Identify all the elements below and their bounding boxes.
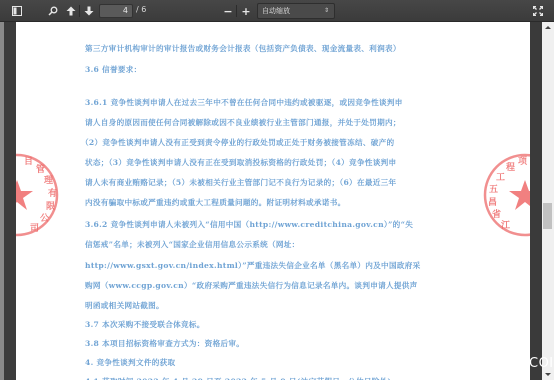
pdf-page: 目 管 理 有 限 公 司 项 程 工 五 昌 省 江 <box>16 22 530 380</box>
scrollbar-thumb[interactable] <box>543 203 552 229</box>
arrow-down-icon <box>84 6 94 16</box>
zoom-out-button[interactable]: − <box>222 3 234 19</box>
doc-line: 购网（www.ccgp.gov.cn）“政府采购严重违法失信行为信息记录名单内。… <box>85 280 418 291</box>
doc-line: 3.6.2 竞争性谈判申请人未被列入“信用中国（http://www.credi… <box>85 219 413 230</box>
svg-text:项: 项 <box>518 155 528 167</box>
svg-text:目: 目 <box>24 155 33 167</box>
svg-text:限: 限 <box>46 200 55 212</box>
fullscreen-icon <box>533 6 543 16</box>
doc-line: 4.1 获取时间 2022 年 4 月 29 日至 2022 年 5 月 9 日… <box>85 376 391 380</box>
doc-line: （2）竞争性谈判申请人没有正受到责令停业的行政处罚或正处于财务被接管冻结、破产的 <box>81 137 394 148</box>
sidebar-toggle-icon <box>12 6 22 16</box>
right-seal-stamp-icon: 项 程 工 五 昌 省 江 <box>480 150 530 240</box>
doc-line: 4. 竞争性谈判文件的获取 <box>85 357 175 368</box>
scroll-up-arrow-icon[interactable] <box>545 26 551 29</box>
doc-line: 第三方审计机构审计的审计报告或财务会计报表（包括资产负债表、现金流量表、利润表） <box>85 43 401 54</box>
doc-line: 内没有骗取中标或严重违约或重大工程质量问题的。附证明材料或承诺书。 <box>85 197 346 208</box>
doc-line: 3.6.1 竞争性谈判申请人在过去三年中不曾在任何合同中违约或被驱逐，或因竞争性… <box>85 97 403 108</box>
previous-page-button[interactable] <box>64 3 78 19</box>
toolbar-separator <box>236 5 237 17</box>
doc-line: 信惩戒”名单；未被列入“国家企业信用信息公示系统（网址： <box>85 239 300 250</box>
search-button[interactable] <box>46 3 60 19</box>
left-seal-stamp-icon: 目 管 理 有 限 公 司 <box>16 150 62 240</box>
doc-line: http://www.gsxt.gov.cn/index.html）”严重违法失… <box>85 260 421 271</box>
doc-line: 请人自身的原因而使任何合同被解除或因不良业绩被行业主管部门通报，并处于处罚期内； <box>85 117 401 128</box>
doc-line: 3.8 本项目招标资格审查方式为：资格后审。 <box>85 338 244 349</box>
left-gutter <box>4 22 16 380</box>
svg-text:程: 程 <box>506 161 515 173</box>
next-page-button[interactable] <box>82 3 96 19</box>
svg-text:理: 理 <box>44 175 54 186</box>
svg-text:五: 五 <box>489 184 498 195</box>
svg-text:有: 有 <box>48 187 57 199</box>
zoom-select[interactable]: 自动缩放 ⇕ <box>257 3 335 19</box>
pdf-viewer: 4 / 6 − + 自动缩放 ⇕ 目 管 理 有 限 公 <box>0 0 554 380</box>
doc-line: 3.7 本次采购不接受联合体竞标。 <box>85 319 205 330</box>
sidebar-toggle-button[interactable] <box>10 3 24 19</box>
search-icon <box>48 6 58 16</box>
zoom-in-button[interactable]: + <box>240 3 252 19</box>
svg-text:司: 司 <box>30 222 39 234</box>
watermark-text: COII <box>529 356 554 371</box>
vertical-scrollbar[interactable] <box>542 22 554 380</box>
right-gutter <box>530 22 542 380</box>
svg-text:昌: 昌 <box>488 197 497 208</box>
svg-text:工: 工 <box>496 172 505 183</box>
svg-text:公: 公 <box>40 213 50 224</box>
zoom-select-value: 自动缩放 <box>262 7 290 15</box>
scroll-down-arrow-icon[interactable] <box>545 373 551 376</box>
svg-text:省: 省 <box>492 208 501 220</box>
doc-line: 明函或相关网站截图。 <box>85 300 164 311</box>
select-arrow-icon: ⇕ <box>324 4 329 18</box>
fullscreen-button[interactable] <box>531 3 545 19</box>
pdf-toolbar: 4 / 6 − + 自动缩放 ⇕ <box>0 0 554 22</box>
page-number-input[interactable]: 4 <box>99 4 133 18</box>
doc-line: 请人未有商业贿赂记录；（5）未被相关行业主管部门记不良行为记录的；（6）在最近三… <box>85 177 396 188</box>
doc-line: 3.6 信誉要求： <box>85 64 142 75</box>
doc-line: 状态；（3）竞争性谈判申请人没有正在受到取消投标资格的行政处罚；（4）竞争性谈判… <box>85 157 396 168</box>
page-total-label: / 6 <box>136 5 146 14</box>
svg-text:管: 管 <box>36 163 45 175</box>
toolbar-separator <box>79 5 80 17</box>
arrow-up-icon <box>66 6 76 16</box>
svg-text:江: 江 <box>500 219 511 231</box>
